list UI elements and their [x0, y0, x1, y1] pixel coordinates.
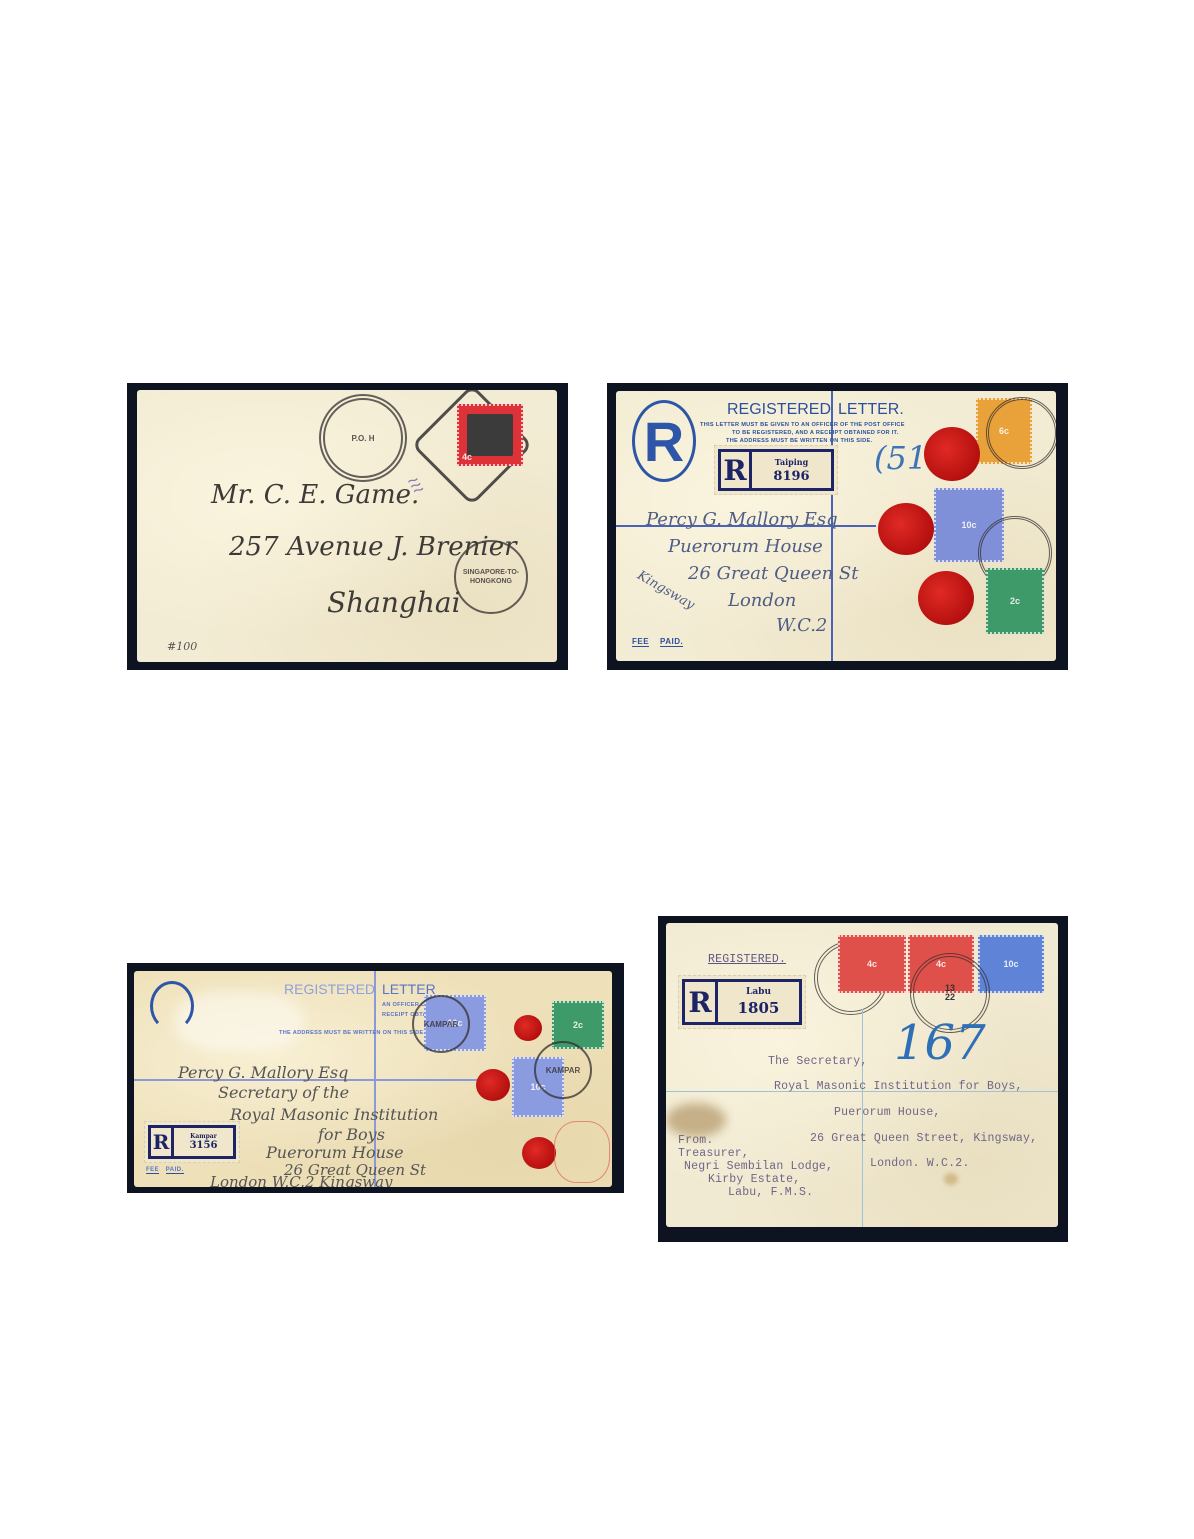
postmark-kampar-1: KAMPAR	[412, 995, 470, 1053]
fee-paid: FEE PAID.	[146, 1167, 184, 1173]
wax-seal-1	[924, 427, 980, 481]
envelope: R REGISTERED LETTER. THIS LETTER MUST BE…	[616, 391, 1056, 661]
registered-title-right: LETTER.	[838, 401, 904, 419]
wax-seal-3	[918, 571, 974, 625]
label-number: 1805	[738, 999, 780, 1017]
registered-instructions-3: THE ADDRESS MUST BE WRITTEN ON THIS SIDE…	[726, 437, 872, 445]
address-line-2: Puerorum House	[668, 536, 823, 557]
registered-instructions-2: TO BE REGISTERED, AND A RECEIPT OBTAINED…	[732, 429, 898, 437]
registered-instructions-1: THIS LETTER MUST BE GIVEN TO AN OFFICER …	[700, 421, 905, 429]
postmark-poh: P.O. H	[319, 394, 407, 482]
registered-r-oval-partial	[150, 981, 194, 1031]
address-line-7: London W.C.2 Kingsway	[210, 1173, 393, 1187]
cover-image-labu-london: REGISTERED. R Labu 1805 4c 4c 10c 1322 1…	[658, 916, 1068, 1242]
address-line-5: London. W.C.2.	[870, 1157, 969, 1170]
blue-pencil-note: (51	[874, 439, 927, 477]
wax-seal-1	[514, 1015, 542, 1041]
address-line-1: Mr. C. E. Game.	[211, 480, 419, 510]
label-r: R	[151, 1128, 174, 1156]
label-r: R	[721, 452, 752, 488]
postmark-top	[986, 397, 1056, 469]
stain-small	[944, 1173, 958, 1185]
address-line-2: Royal Masonic Institution for Boys,	[774, 1080, 1023, 1093]
address-line-5: Puerorum House	[266, 1143, 404, 1162]
label-office: Labu	[746, 987, 771, 997]
address-line-4: London	[728, 590, 796, 611]
label-number: 8196	[773, 469, 809, 484]
stamp-4c-red-1: 4c	[838, 935, 906, 993]
registered-typed: REGISTERED.	[708, 953, 786, 966]
address-line-4: for Boys	[318, 1125, 385, 1144]
pencil-note: #100	[167, 640, 197, 653]
registered-instructions-3: THE ADDRESS MUST BE WRITTEN ON THIS SIDE…	[279, 1029, 425, 1037]
address-line-3: Puerorum House,	[834, 1106, 941, 1119]
wax-seal-2	[476, 1069, 510, 1101]
cover-image-taiping-shanghai: P.O. H 4c SINGAPORE-TO-HONGKONG ≀≀≀ Mr. …	[127, 383, 568, 670]
registered-title-left: REGISTERED	[284, 981, 375, 997]
wax-seal-2	[878, 503, 934, 555]
postmark-kampar-2: KAMPAR	[534, 1041, 592, 1099]
sender-line-4: Kirby Estate,	[708, 1173, 800, 1186]
sender-line-3: Negri Sembilan Lodge,	[684, 1160, 833, 1173]
address-line-4: 26 Great Queen Street, Kingsway,	[810, 1132, 1037, 1145]
registered-r-oval: R	[632, 400, 696, 482]
cover-image-kampar-london: REGISTERED LETTER AN OFFICER OF THE POST…	[127, 963, 624, 1193]
registration-label: R Taiping 8196	[714, 445, 838, 495]
address-line-5: W.C.2	[776, 615, 827, 636]
sender-line-2: Treasurer,	[678, 1147, 749, 1160]
registration-label: R Labu 1805	[678, 975, 806, 1029]
address-line-1: Percy G. Mallory Esq	[646, 509, 838, 530]
address-line-2: Secretary of the	[218, 1083, 349, 1102]
label-r: R	[685, 982, 718, 1022]
stamp-2c-green: 2c	[986, 568, 1044, 634]
label-number: 3156	[190, 1140, 218, 1151]
blue-pencil-note: 167	[894, 1015, 986, 1071]
wax-seal-3	[522, 1137, 556, 1169]
address-line-2: 257 Avenue J. Brenier	[229, 532, 517, 562]
label-office: Taiping	[775, 457, 808, 467]
red-cachet	[554, 1121, 610, 1183]
cover-image-taiping-london: R REGISTERED LETTER. THIS LETTER MUST BE…	[607, 383, 1068, 670]
registration-label: R Kampar 3156	[144, 1121, 240, 1163]
stamp-4c-red: 4c	[457, 404, 523, 466]
fee-paid: FEE PAID.	[632, 637, 683, 646]
address-line-1: Percy G. Mallory Esq	[178, 1063, 348, 1082]
envelope: REGISTERED LETTER AN OFFICER OF THE POST…	[134, 971, 612, 1187]
label-office: Kampar	[190, 1133, 217, 1140]
address-line-3: 26 Great Queen St	[688, 563, 858, 584]
envelope: REGISTERED. R Labu 1805 4c 4c 10c 1322 1…	[666, 923, 1058, 1227]
address-line-3: Shanghai	[327, 586, 461, 619]
registered-title-left: REGISTERED	[727, 401, 831, 419]
stain	[666, 1103, 726, 1137]
sender-line-5: Labu, F.M.S.	[728, 1186, 813, 1199]
address-line-3: Royal Masonic Institution	[230, 1105, 438, 1124]
envelope: P.O. H 4c SINGAPORE-TO-HONGKONG ≀≀≀ Mr. …	[137, 390, 557, 662]
address-line-1: The Secretary,	[768, 1055, 867, 1068]
